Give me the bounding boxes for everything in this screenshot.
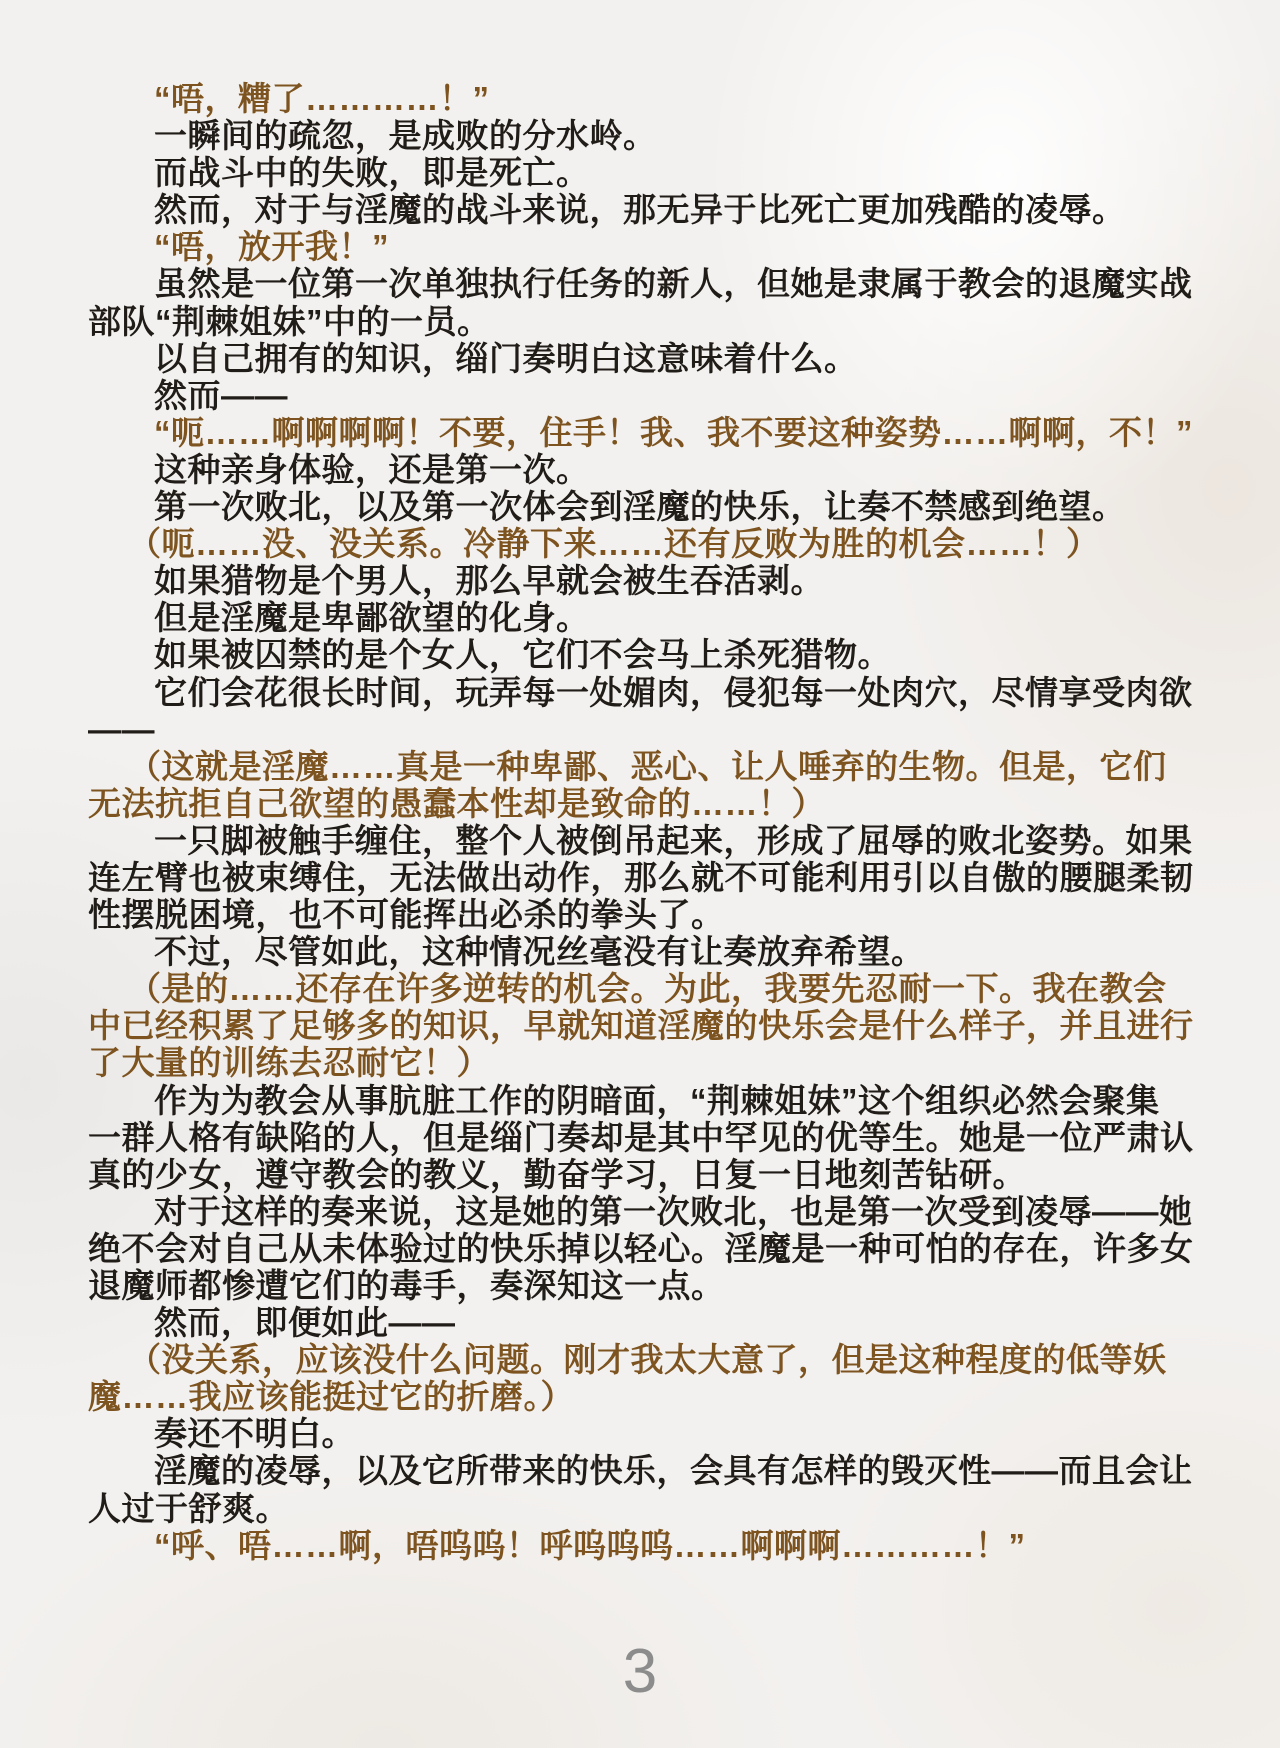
text-line: 对于这样的奏来说，这是她的第一次败北，也是第一次受到凌辱——她 xyxy=(88,1193,1198,1230)
text-line: 退魔师都惨遭它们的毒手，奏深知这一点。 xyxy=(88,1267,1198,1304)
text-line: 绝不会对自己从未体验过的快乐掉以轻心。淫魔是一种可怕的存在，许多女 xyxy=(88,1230,1198,1267)
text-line: 而战斗中的失败，即是死亡。 xyxy=(88,154,1198,191)
text-line: 性摆脱困境，也不可能挥出必杀的拳头了。 xyxy=(88,896,1198,933)
text-line: 如果被囚禁的是个女人，它们不会马上杀死猎物。 xyxy=(88,636,1198,673)
text-line: 它们会花很长时间，玩弄每一处媚肉，侵犯每一处肉穴，尽情享受肉欲 xyxy=(88,674,1198,711)
text-line: 了大量的训练去忍耐它！） xyxy=(88,1044,1198,1081)
text-line: “呼、唔……啊，唔呜呜！呼呜呜呜……啊啊啊…………！” xyxy=(88,1527,1198,1564)
text-line: 无法抗拒自己欲望的愚蠢本性却是致命的……！） xyxy=(88,785,1198,822)
text-line: 然而，对于与淫魔的战斗来说，那无异于比死亡更加残酷的凌辱。 xyxy=(88,191,1198,228)
text-line: “呃……啊啊啊啊！不要，住手！我、我不要这种姿势……啊啊，不！” xyxy=(88,414,1198,451)
text-line: 淫魔的凌辱，以及它所带来的快乐，会具有怎样的毁灭性——而且会让 xyxy=(88,1452,1198,1489)
text-line: （这就是淫魔……真是一种卑鄙、恶心、让人唾弃的生物。但是，它们 xyxy=(88,748,1198,785)
text-line: 一瞬间的疏忽，是成败的分水岭。 xyxy=(88,117,1198,154)
text-line: —— xyxy=(88,711,1198,748)
text-line: 作为为教会从事肮脏工作的阴暗面，“荆棘姐妹”这个组织必然会聚集 xyxy=(88,1082,1198,1119)
text-line: 奏还不明白。 xyxy=(88,1415,1198,1452)
page-text: “唔，糟了…………！”一瞬间的疏忽，是成败的分水岭。而战斗中的失败，即是死亡。然… xyxy=(88,80,1198,1564)
text-line: 不过，尽管如此，这种情况丝毫没有让奏放弃希望。 xyxy=(88,933,1198,970)
text-line: 然而—— xyxy=(88,377,1198,414)
text-line: 然而，即便如此—— xyxy=(88,1304,1198,1341)
text-line: 人过于舒爽。 xyxy=(88,1490,1198,1527)
novel-page: “唔，糟了…………！”一瞬间的疏忽，是成败的分水岭。而战斗中的失败，即是死亡。然… xyxy=(0,0,1280,1748)
text-line: （没关系，应该没什么问题。刚才我太大意了，但是这种程度的低等妖 xyxy=(88,1341,1198,1378)
text-line: 连左臂也被束缚住，无法做出动作，那么就不可能利用引以自傲的腰腿柔韧 xyxy=(88,859,1198,896)
text-line: 一只脚被触手缠住，整个人被倒吊起来，形成了屈辱的败北姿势。如果 xyxy=(88,822,1198,859)
text-line: 这种亲身体验，还是第一次。 xyxy=(88,451,1198,488)
text-line: 魔……我应该能挺过它的折磨。） xyxy=(88,1378,1198,1415)
text-line: （呃……没、没关系。冷静下来……还有反败为胜的机会……！） xyxy=(88,525,1198,562)
text-line: 如果猎物是个男人，那么早就会被生吞活剥。 xyxy=(88,562,1198,599)
text-line: 以自己拥有的知识，缁门奏明白这意味着什么。 xyxy=(88,340,1198,377)
text-line: “唔，糟了…………！” xyxy=(88,80,1198,117)
text-line: 部队“荆棘姐妹”中的一员。 xyxy=(88,303,1198,340)
text-line: 第一次败北，以及第一次体会到淫魔的快乐，让奏不禁感到绝望。 xyxy=(88,488,1198,525)
text-line: “唔，放开我！” xyxy=(88,228,1198,265)
text-line: 中已经积累了足够多的知识，早就知道淫魔的快乐会是什么样子，并且进行 xyxy=(88,1007,1198,1044)
text-line: 但是淫魔是卑鄙欲望的化身。 xyxy=(88,599,1198,636)
text-line: 虽然是一位第一次单独执行任务的新人，但她是隶属于教会的退魔实战 xyxy=(88,265,1198,302)
text-line: （是的……还存在许多逆转的机会。为此，我要先忍耐一下。我在教会 xyxy=(88,970,1198,1007)
text-line: 真的少女，遵守教会的教义，勤奋学习，日复一日地刻苦钻研。 xyxy=(88,1156,1198,1193)
page-number: 3 xyxy=(0,1636,1280,1707)
text-line: 一群人格有缺陷的人，但是缁门奏却是其中罕见的优等生。她是一位严肃认 xyxy=(88,1119,1198,1156)
